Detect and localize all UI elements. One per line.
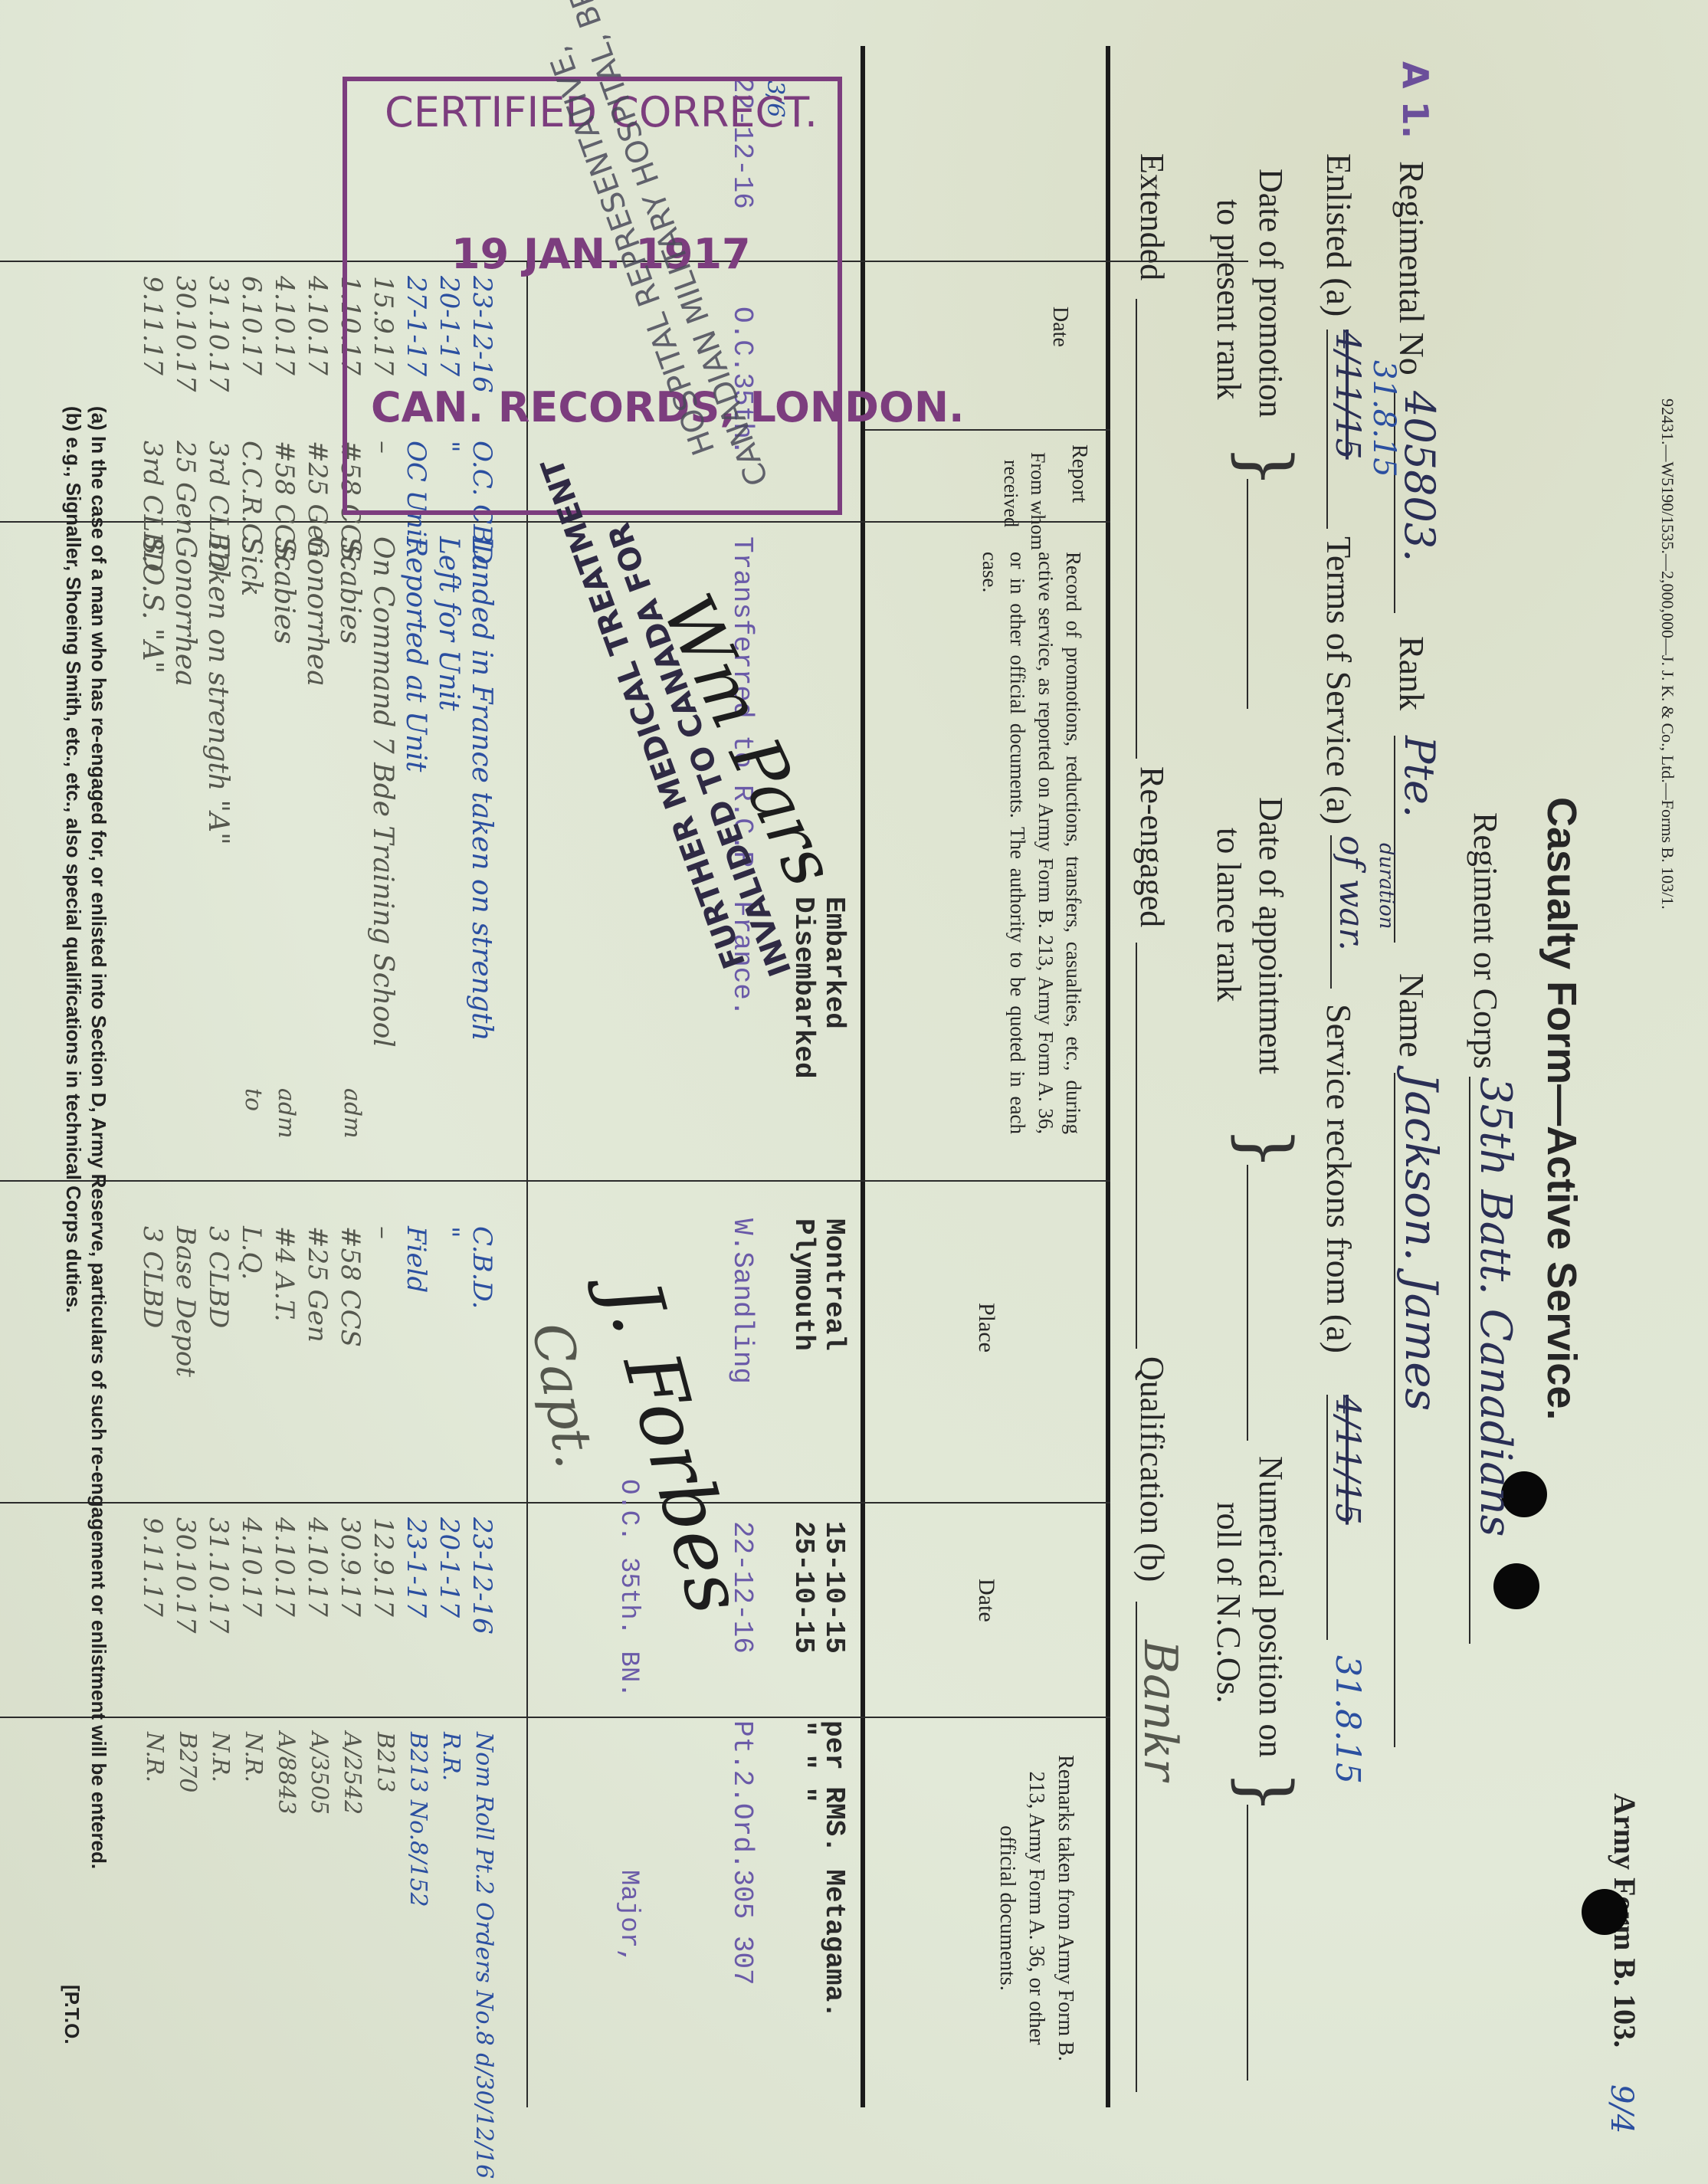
record-embarked: Embarked <box>818 897 850 1029</box>
log-places-cell: C.B.D. <box>467 1226 497 1309</box>
header-place: Place <box>973 1303 999 1353</box>
terms-value-note: duration <box>1375 843 1398 929</box>
remarks-disembarked: " " " <box>788 1720 819 1803</box>
log-records-cell: Taken on strength "A" <box>202 536 234 845</box>
signature-suffix: Major, <box>614 1870 643 1963</box>
log-places-cell: L.Q. <box>236 1226 267 1280</box>
log-places-cell: #4 A.T. <box>269 1226 300 1322</box>
log-record_notes-cell: adm <box>273 1088 300 1139</box>
terms-label: Terms of Service (a) <box>1319 536 1359 825</box>
rank-value: Pte. <box>1394 736 1444 943</box>
brace: } <box>1225 1770 1306 1814</box>
log-places-cell: 3 CLBD <box>203 1226 234 1328</box>
terms-value: of war. <box>1330 835 1371 989</box>
qualification-label: Qualification (b) <box>1133 1356 1172 1582</box>
scanned-document: 92431.—W5190/1535.—2,000,000—J. J. K. & … <box>0 0 1708 2184</box>
header-remarks: Remarks taken from Army Form B. 213, Arm… <box>993 1747 1080 2069</box>
record-disembarked: Disembarked <box>788 897 819 1079</box>
log-places-cell: – <box>368 1226 398 1239</box>
log-dates2-cell: 9.11.17 <box>137 1517 168 1617</box>
log-places-cell: Field <box>401 1226 431 1293</box>
qualification-value: Bankr <box>1133 1640 1187 1781</box>
lance-line <box>1247 1165 1248 1441</box>
service-reckons-value-struck: 4/11/15 <box>1326 1395 1367 1640</box>
header-date: Date <box>1047 307 1072 347</box>
table-header-rule <box>861 46 865 2107</box>
regiment-value: 35th Batt. Canadians <box>1469 1077 1520 1644</box>
header-from-1: From whom <box>1026 452 1049 550</box>
printer-imprint: 92431.—W5190/1535.—2,000,000—J. J. K. & … <box>1657 398 1677 910</box>
regiment-label: Regiment or Corps <box>1466 812 1505 1069</box>
log-dates2-cell: 23-12-16 <box>467 1517 497 1635</box>
log-dates2-cell: 30.9.17 <box>335 1517 366 1617</box>
footnote-a: (a) In the case of a man who has re-enga… <box>87 406 110 1869</box>
log-divider <box>526 261 528 2107</box>
table-top-rule <box>1106 46 1110 2107</box>
log-places-cell: #58 CCS <box>335 1226 366 1347</box>
name-value: Jackson. James <box>1394 1073 1447 1747</box>
reengaged-label: Re-engaged <box>1133 766 1172 927</box>
extended-line <box>1136 299 1137 759</box>
log-remarks-cell: N.R. <box>240 1732 267 1782</box>
log-places-cell: " <box>434 1226 464 1238</box>
header-date2: Date <box>973 1579 999 1622</box>
punch-hole <box>1582 1889 1628 1935</box>
log-dates2-cell: 23-1-17 <box>401 1517 431 1618</box>
nco-label-2: roll of N.C.Os. <box>1209 1502 1248 1704</box>
log-places-cell: 3 CLBD <box>137 1226 168 1328</box>
enlisted-label: Enlisted (a) <box>1319 153 1359 316</box>
log-dates2-cell: 30.10.17 <box>170 1517 201 1633</box>
log-dates2-cell: 20-1-17 <box>434 1517 464 1618</box>
log-remarks-cell: N.R. <box>207 1732 234 1782</box>
log-records-cell: Reported at Unit <box>400 536 431 772</box>
log-remarks-cell: N.R. <box>141 1732 168 1782</box>
header-record: Record of promotions, reductions, transf… <box>975 552 1087 1134</box>
log-remarks-cell: B270 <box>174 1732 201 1792</box>
transfer-remarks: Pt.2.Ord.305 307 <box>726 1720 758 1986</box>
date-disembarked: 25-10-15 <box>788 1521 819 1654</box>
enlisted-value-struck: 4/11/15 <box>1326 330 1367 529</box>
nco-line <box>1247 1805 1248 2081</box>
log-records-cell: On Command 7 Bde Training School <box>367 536 398 1048</box>
log-dates2-cell: 4.10.17 <box>302 1517 333 1617</box>
brace: } <box>1225 444 1306 488</box>
name-label: Name <box>1392 973 1432 1058</box>
place-montreal: Montreal <box>818 1218 850 1351</box>
casualty-form: 92431.—W5190/1535.—2,000,000—J. J. K. & … <box>0 0 1708 2184</box>
form-title: Casualty Form—Active Service. <box>1538 797 1585 1420</box>
service-reckons-value: 31.8.15 <box>1328 1655 1367 1784</box>
log-records-cell: Scabies <box>268 536 300 644</box>
date-embarked: 15-10-15 <box>818 1521 850 1654</box>
lance-label-2: to lance rank <box>1209 828 1248 1002</box>
transfer-place: W.Sandling <box>726 1218 758 1384</box>
brace: } <box>1225 1126 1306 1170</box>
log-records-cell: Gonorrhea <box>301 536 333 687</box>
col-divider <box>0 1502 1110 1504</box>
footnote-b: (b) e.g., Signaller, Shoeing Smith, etc.… <box>61 406 85 1313</box>
log-record_notes-cell: to <box>240 1088 267 1111</box>
log-remarks-cell: B213 <box>372 1732 398 1792</box>
nco-label: Numerical position on <box>1251 1456 1290 1758</box>
signature-3: Capt. <box>520 1318 607 1473</box>
enlisted-value: 31.8.15 <box>1366 360 1401 477</box>
log-remarks-cell: R.R. <box>438 1732 464 1781</box>
place-plymouth: Plymouth <box>788 1218 819 1351</box>
certified-date: 19 JAN. 1917 <box>371 230 831 278</box>
lance-label: Date of appointment <box>1251 797 1290 1074</box>
col-divider <box>0 1180 1110 1182</box>
log-remarks-cell: Nom Roll Pt.2 Orders No.8 d/30/12/16 <box>470 1732 497 2179</box>
log-places-cell: Base Depot <box>170 1226 201 1377</box>
log-remarks-cell: A/8843 <box>273 1732 300 1815</box>
signature-line: O.C. 35th. BN. <box>614 1479 643 1698</box>
log-records-cell: Landed in France taken on strength <box>466 536 497 1041</box>
form-number-annotation: 9/4 <box>1604 2084 1639 2133</box>
log-record_notes-cell: adm <box>339 1088 366 1139</box>
col-divider <box>0 1717 1110 1718</box>
certified-line-3: CAN. RECORDS, LONDON. <box>371 383 831 431</box>
log-dates-cell: 9.11.17 <box>137 276 168 375</box>
log-dates2-cell: 4.10.17 <box>269 1517 300 1617</box>
log-remarks-cell: B213 No.8/152 <box>405 1732 431 1907</box>
service-reckons-label: Service reckons from (a) <box>1319 1004 1359 1353</box>
category-stamp: A 1. <box>1395 61 1436 139</box>
log-dates2-cell: 12.9.17 <box>368 1517 398 1617</box>
remarks-embarked: per RMS. Metagama. <box>818 1720 850 2018</box>
reengaged-line <box>1136 943 1137 1349</box>
regimental-no-label: Regimental No <box>1392 161 1432 375</box>
promotion-label: Date of promotion <box>1251 169 1290 418</box>
log-dates2-cell: 4.10.17 <box>236 1517 267 1617</box>
log-remarks-cell: A/2542 <box>339 1732 366 1815</box>
promotion-line <box>1247 479 1248 709</box>
log-records-cell: Left for Unit <box>433 536 464 711</box>
rank-label: Rank <box>1392 636 1432 710</box>
log-remarks-cell: A/3505 <box>306 1732 333 1815</box>
pto-marker: [P.T.O. <box>60 1985 84 2045</box>
log-places-cell: #25 Gen <box>302 1226 333 1343</box>
log-records-cell: Gonorrhea <box>169 536 201 687</box>
log-records-cell: Scabies <box>334 536 366 644</box>
log-records-cell: S.O.S. "A" <box>136 536 168 674</box>
header-report: Report <box>1067 444 1091 503</box>
promotion-label-2: to present rank <box>1209 199 1248 399</box>
log-dates2-cell: 31.10.17 <box>203 1517 234 1633</box>
log-records-cell: Sick <box>235 536 267 596</box>
header-from-2: received <box>999 460 1022 527</box>
